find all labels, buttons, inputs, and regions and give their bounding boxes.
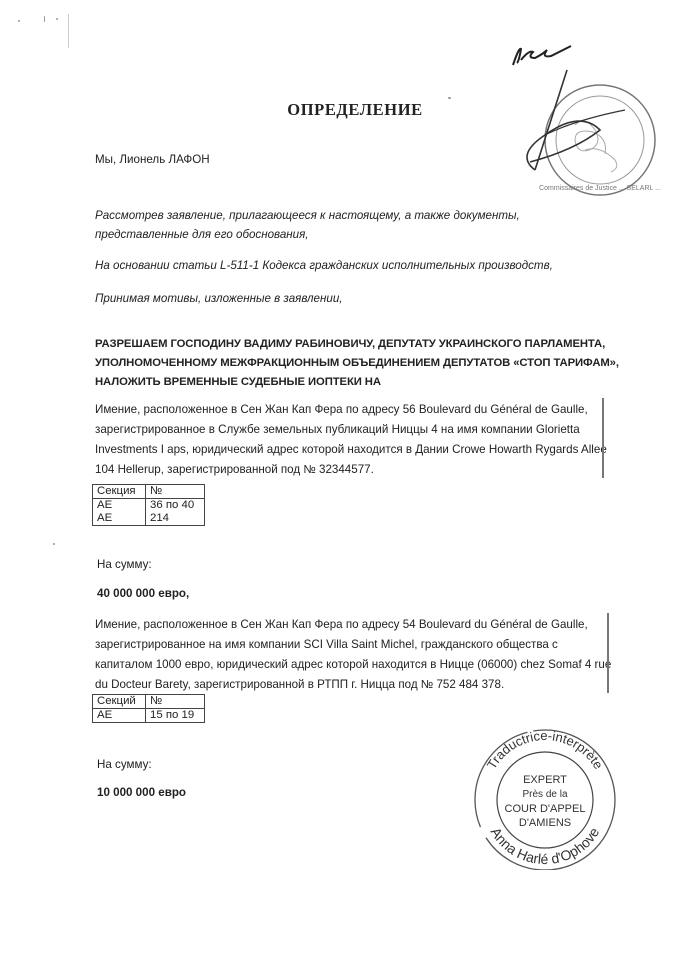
property-1-line-3: Investments I aps, юридический адрес кот… [95, 440, 615, 461]
scan-speck [44, 16, 45, 22]
seal-with-signature-icon: Commissaires de Justice ... SELARL ... [505, 40, 675, 205]
table-header-number: № [146, 485, 205, 499]
table-cell: 36 по 40 [146, 499, 205, 513]
sum-label-2: На сумму: [97, 755, 152, 775]
scan-speck [53, 543, 55, 545]
sum-value-2: 10 000 000 евро [97, 783, 186, 803]
table-cell: AE [93, 512, 146, 526]
decision-line-1: РАЗРЕШАЕМ ГОСПОДИНУ ВАДИМУ РАБИНОВИЧУ, Д… [95, 335, 635, 355]
table-cell: 214 [146, 512, 205, 526]
table-header-section: Секция [93, 485, 146, 499]
table-cell: AE [93, 499, 146, 513]
property-2-line-4: du Docteur Barety, зарегистрированной в … [95, 675, 615, 696]
cadastral-table-1: Секция № AE 36 по 40 AE 214 [92, 484, 205, 526]
table-cell: 15 по 19 [146, 709, 205, 723]
decision-line-3: НАЛОЖИТЬ ВРЕМЕННЫЕ СУДЕБНЫЕ ИОПТЕКИ НА [95, 373, 635, 393]
property-2-line-2: зарегистрированное на имя компании SCI V… [95, 635, 615, 656]
consideration-line-1: Рассмотрев заявление, прилагающееся к на… [95, 206, 520, 226]
property-1-line-4: 104 Hellerup, зарегистрированной под № 3… [95, 460, 615, 481]
translator-stamp: Traductrice-interprète Anna Harlé d'Opho… [465, 720, 625, 870]
round-stamp-icon: Traductrice-interprète Anna Harlé d'Opho… [465, 720, 625, 870]
margin-line [602, 398, 604, 478]
table-cell: AE [93, 709, 146, 723]
decision-line-2: УПОЛНОМОЧЕННОМУ МЕЖФРАКЦИОННЫМ ОБЪЕДИНЕН… [95, 354, 635, 374]
property-1-line-1: Имение, расположенное в Сен Жан Кап Фера… [95, 400, 615, 421]
svg-text:Commissaires de Justice ... SE: Commissaires de Justice ... SELARL ... [539, 185, 661, 192]
property-1-line-2: зарегистрированное в Службе земельных пу… [95, 420, 615, 441]
consideration-line-2: представленные для его обоснования, [95, 225, 309, 245]
svg-text:COUR D'APPEL: COUR D'APPEL [505, 803, 586, 815]
margin-line [607, 613, 609, 693]
scan-speck [18, 20, 20, 22]
property-2-line-3: капиталом 1000 евро, юридический адрес к… [95, 655, 615, 676]
svg-text:Traductrice-interprète: Traductrice-interprète [484, 728, 606, 772]
cadastral-table-2: Секций № AE 15 по 19 [92, 694, 205, 723]
property-2-line-1: Имение, расположенное в Сен Жан Кап Фера… [95, 615, 615, 636]
table-header-section: Секций [93, 695, 146, 709]
intro-line: Мы, Лионель ЛАФОН [95, 150, 210, 170]
sum-value-1: 40 000 000 евро, [97, 584, 189, 604]
table-header-number: № [146, 695, 205, 709]
svg-text:Près de la: Près de la [522, 789, 567, 800]
scan-speck [68, 14, 69, 48]
consideration-line-4: Принимая мотивы, изложенные в заявлении, [95, 289, 342, 309]
scan-speck [448, 97, 451, 99]
consideration-line-3: На основании статьи L-511-1 Кодекса граж… [95, 256, 553, 276]
notary-seal-stamp: Commissaires de Justice ... SELARL ... [505, 40, 675, 205]
svg-text:D'AMIENS: D'AMIENS [519, 817, 571, 829]
sum-label-1: На сумму: [97, 555, 152, 575]
svg-text:EXPERT: EXPERT [523, 774, 567, 786]
document-title: ОПРЕДЕЛЕНИЕ [0, 100, 680, 120]
scan-speck [56, 18, 58, 20]
svg-text:Anna Harlé d'Ophove: Anna Harlé d'Ophove [488, 824, 603, 867]
